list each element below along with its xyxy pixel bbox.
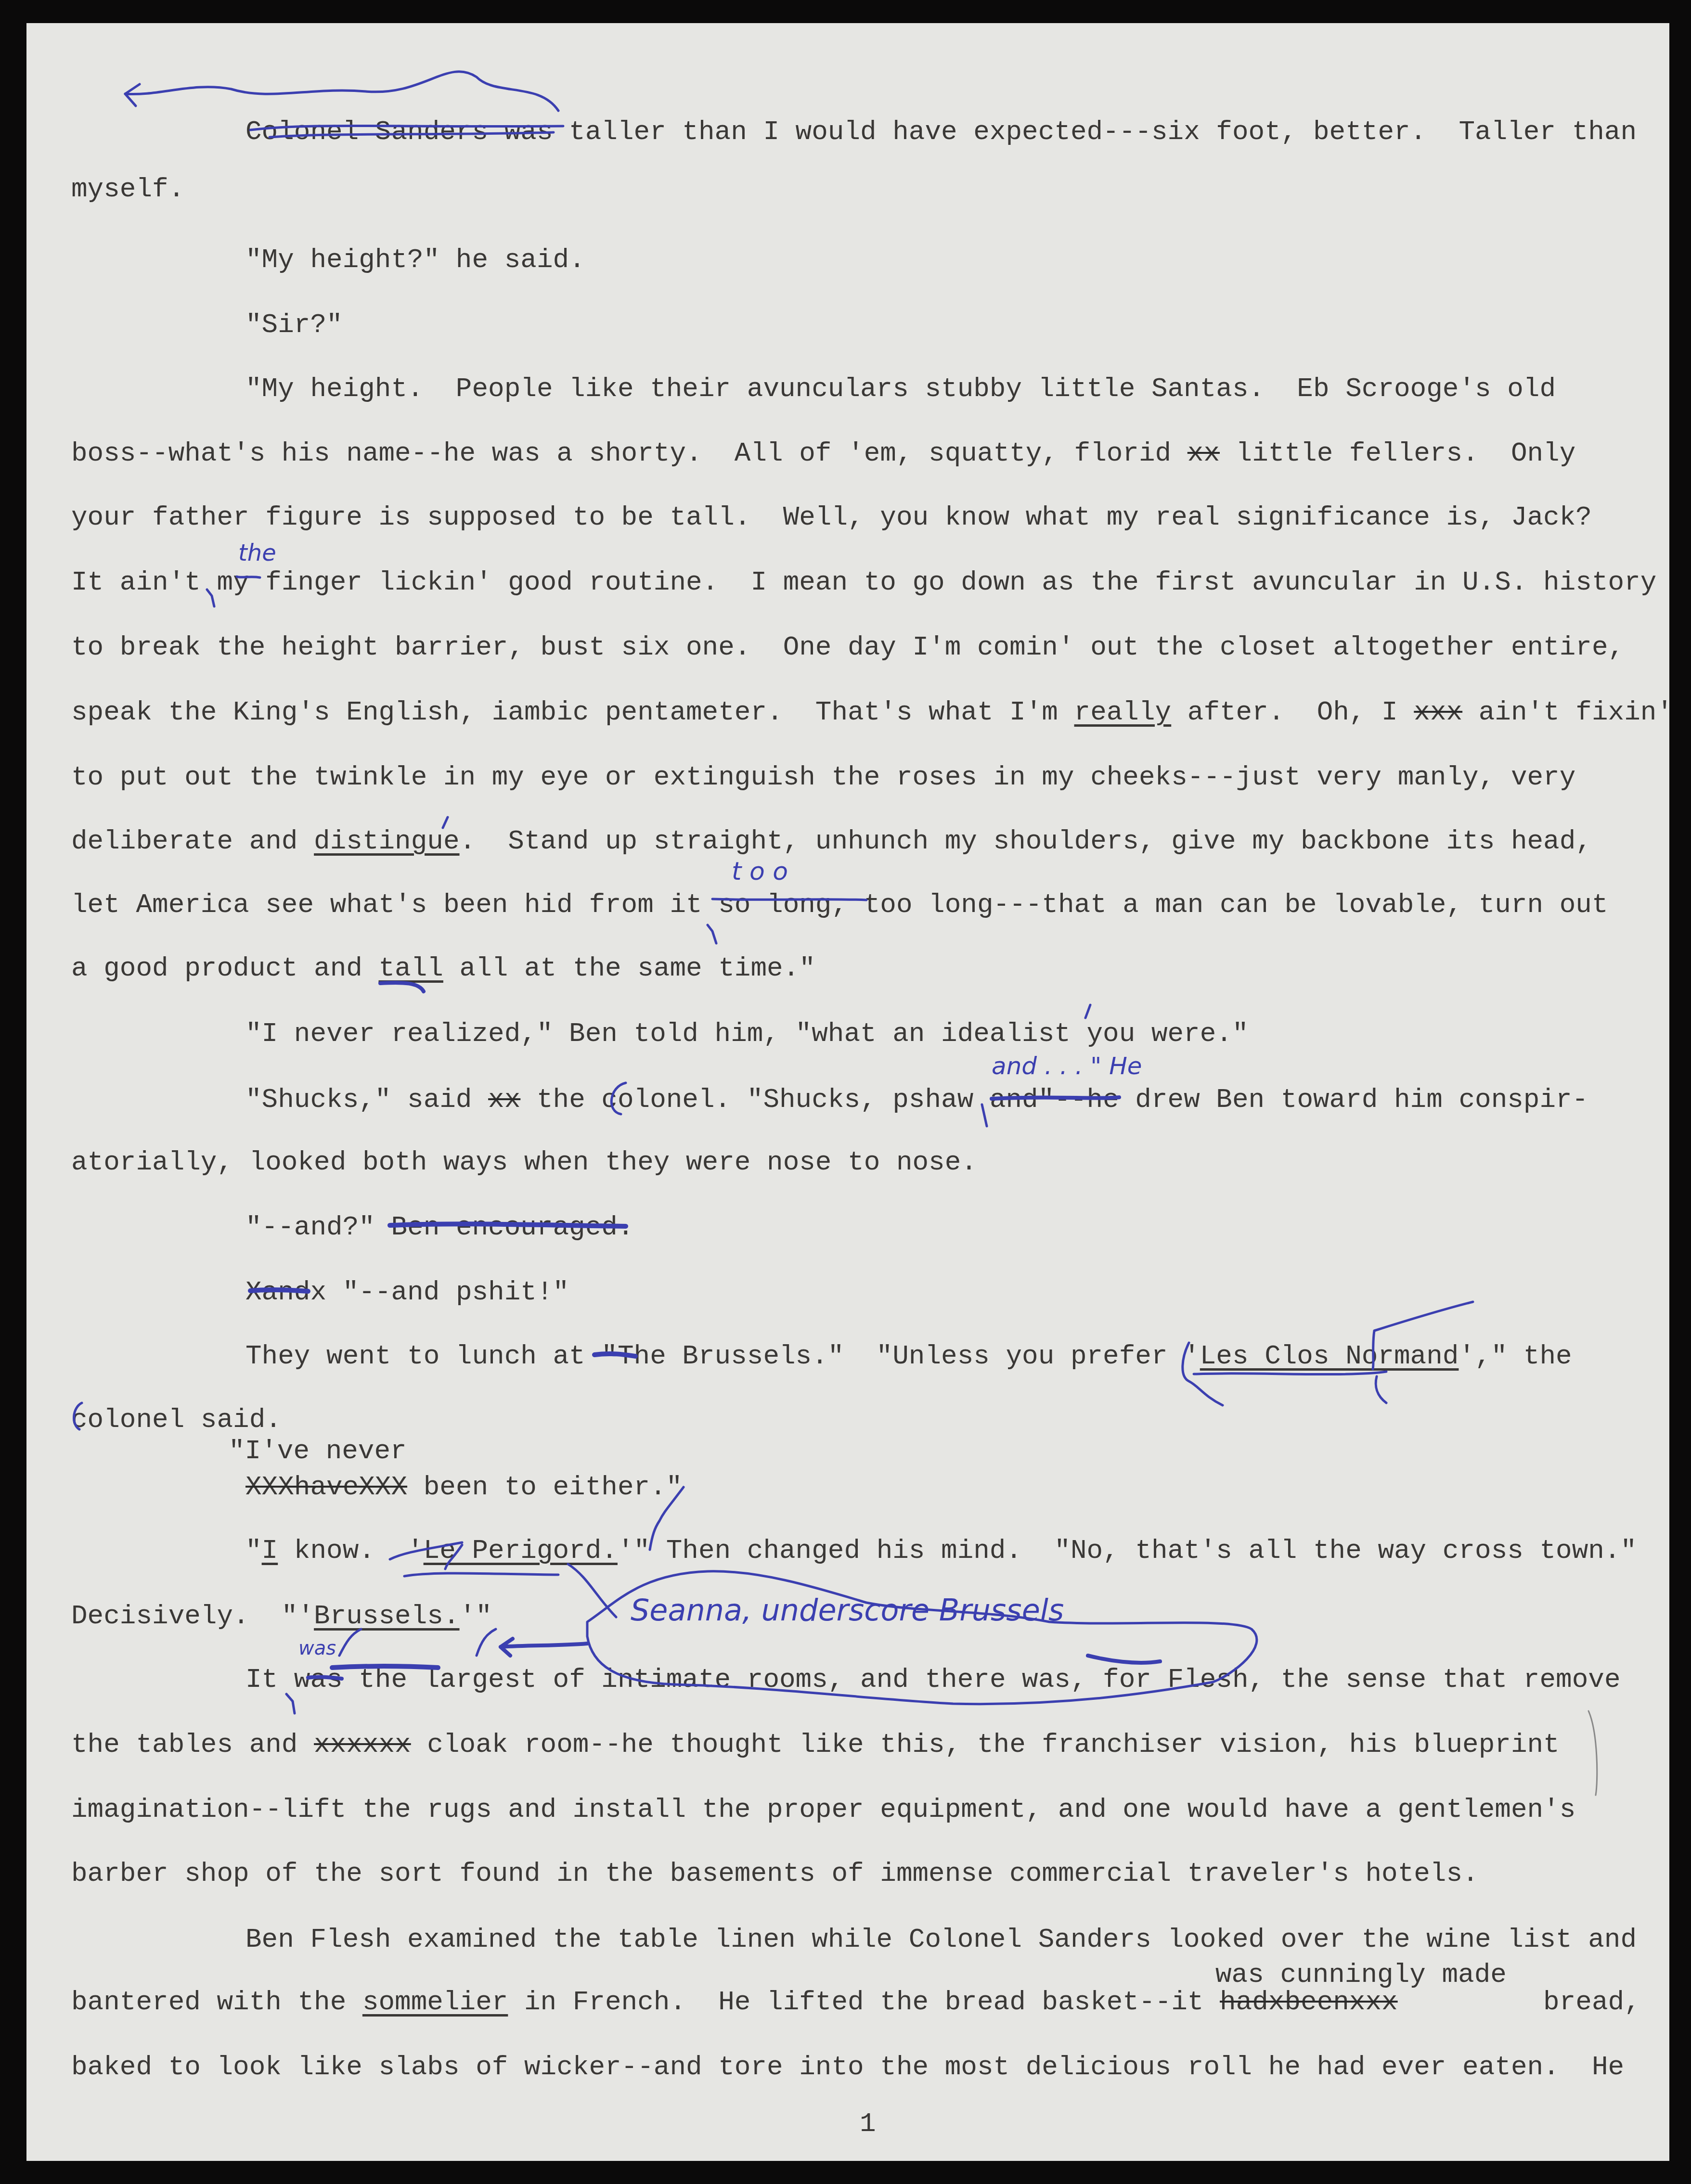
text-run: "--and pshit!" — [326, 1277, 569, 1308]
handwritten-and-he: and . . . " He — [992, 1054, 1142, 1078]
typed-strikeout: XXXhaveXXX — [245, 1472, 407, 1503]
typed-line: Decisively. "'Brussels.'" — [71, 1603, 492, 1630]
typed-line: boss--what's his name--he was a shorty. … — [71, 440, 1575, 467]
underlined-text: distingue — [314, 826, 459, 857]
text-run: let America see what's been hid from it — [71, 889, 718, 920]
text-run: the colonel. "Shucks, pshaw — [520, 1084, 990, 1115]
ink-struck-text: my — [217, 567, 249, 598]
text-run: "I've never — [229, 1436, 407, 1466]
text-run: They went to lunch at — [245, 1341, 601, 1372]
text-run: bread, — [1398, 1987, 1640, 2017]
ink-struck-text: Ben encouraged. — [391, 1212, 633, 1243]
typed-line: speak the King's English, iambic pentame… — [71, 699, 1673, 726]
page-number: 1 — [860, 2110, 876, 2137]
ink-struck-text: Xandx — [245, 1277, 326, 1308]
text-run: was cunningly made — [1215, 1959, 1507, 1990]
text-run: deliberate and — [71, 826, 314, 857]
ink-struck-text: and"--he — [990, 1084, 1119, 1115]
text-run: "My height?" he said. — [245, 244, 585, 275]
text-run: Brussels." "Unless you prefer ' — [666, 1341, 1200, 1372]
ink-struck-text: so long, too — [718, 889, 912, 920]
text-run: " — [245, 1535, 262, 1566]
typed-line: baked to look like slabs of wicker--and … — [71, 2054, 1624, 2081]
typed-line: to break the height barrier, bust six on… — [71, 634, 1624, 661]
typed-line: "My height?" he said. — [245, 246, 585, 273]
text-run: in French. He lifted the bread basket--i… — [508, 1987, 1220, 2017]
text-run: "My height. People like their avunculars… — [245, 373, 1556, 404]
text-run: '" Then changed his mind. "No, that's al… — [618, 1535, 1637, 1566]
underlined-text: Les Clos Normand — [1200, 1341, 1459, 1372]
text-run: finger lickin' good routine. I mean to g… — [249, 567, 1657, 598]
handwritten-was: was — [298, 1639, 336, 1658]
typed-line: your father figure is supposed to be tal… — [71, 504, 1592, 531]
underlined-text: sommelier — [362, 1987, 508, 2017]
typed-line: was cunningly made — [1215, 1961, 1507, 1988]
typed-line: deliberate and distingue. Stand up strai… — [71, 828, 1592, 855]
text-run: It ain't — [71, 567, 217, 598]
typed-strikeout: xxx — [1414, 697, 1462, 728]
typed-line: It ain't my finger lickin' good routine.… — [71, 569, 1656, 596]
typed-line: "I know. 'Le Perigord.'" Then changed hi… — [245, 1537, 1637, 1564]
text-run: barber shop of the sort found in the bas… — [71, 1858, 1479, 1889]
text-run: "--and?" — [245, 1212, 391, 1243]
handwritten-the: the — [238, 541, 276, 565]
text-run: long---that a man can be lovable, turn o… — [912, 889, 1608, 920]
typed-line: It was the largest of intimate rooms, an… — [245, 1666, 1621, 1693]
text-run: Decisively. "' — [71, 1601, 314, 1632]
underlined-text: really — [1074, 697, 1172, 728]
typed-line: "--and?" Ben encouraged. — [245, 1214, 634, 1241]
text-run: cloak room--he thought like this, the fr… — [411, 1729, 1560, 1760]
typed-line: colonel said. — [71, 1406, 282, 1433]
underlined-text: Le Perigord. — [424, 1535, 618, 1566]
typed-strikeout: xxxxxx — [314, 1729, 411, 1760]
typed-line: let America see what's been hid from it … — [71, 891, 1608, 918]
handwritten-note: Seanna, underscore Brussels — [631, 1595, 1064, 1625]
text-run: imagination--lift the rugs and install t… — [71, 1794, 1575, 1825]
typed-strikeout: xx — [1188, 438, 1220, 469]
ink-struck-text: was — [294, 1664, 343, 1695]
text-run: to break the height barrier, bust six on… — [71, 632, 1624, 663]
typed-line: imagination--lift the rugs and install t… — [71, 1796, 1575, 1823]
text-run: little fellers. Only — [1220, 438, 1575, 469]
text-run: been to either." — [407, 1472, 682, 1503]
text-run: know. ' — [278, 1535, 423, 1566]
typed-line: myself. — [71, 176, 184, 203]
text-run: '" — [460, 1601, 492, 1632]
text-run: speak the King's English, iambic pentame… — [71, 697, 1074, 728]
ink-struck-text: "The — [601, 1341, 666, 1372]
text-run: Ben Flesh examined the table linen while… — [245, 1924, 1637, 1955]
typed-line: Xandx "--and pshit!" — [245, 1279, 569, 1306]
text-run: your father figure is supposed to be tal… — [71, 502, 1592, 533]
text-run: "Shucks," said — [245, 1084, 488, 1115]
typed-line: atorially, looked both ways when they we… — [71, 1149, 977, 1176]
text-run: taller than I would have expected---six … — [553, 116, 1637, 147]
text-run: drew Ben toward him conspir- — [1119, 1084, 1588, 1115]
typed-line: barber shop of the sort found in the bas… — [71, 1860, 1479, 1887]
typed-line: "I never realized," Ben told him, "what … — [245, 1020, 1249, 1047]
text-run: the tables and — [71, 1729, 314, 1760]
ink-struck-text: Colonel Sanders was — [245, 116, 553, 147]
text-run: to put out the twinkle in my eye or exti… — [71, 762, 1575, 793]
underlined-text: tall — [379, 953, 443, 984]
typed-line: XXXhaveXXX been to either." — [245, 1474, 682, 1501]
typed-line: Colonel Sanders was taller than I would … — [245, 118, 1637, 145]
text-run: ain't fixin' — [1462, 697, 1673, 728]
text-run: "I never realized," Ben told him, "what … — [245, 1018, 1249, 1049]
typed-line: "Sir?" — [245, 311, 343, 338]
text-run: a good product and — [71, 953, 379, 984]
text-run: "Sir?" — [245, 309, 343, 340]
text-run: It — [245, 1664, 294, 1695]
text-run: '," the — [1459, 1341, 1572, 1372]
text-run: baked to look like slabs of wicker--and … — [71, 2052, 1624, 2082]
text-run: all at the same time." — [443, 953, 815, 984]
typed-line: to put out the twinkle in my eye or exti… — [71, 764, 1575, 791]
typed-line: Ben Flesh examined the table linen while… — [245, 1926, 1637, 1953]
text-run: the largest of intimate rooms, and there… — [343, 1664, 1621, 1695]
typed-line: a good product and tall all at the same … — [71, 955, 815, 982]
typed-strikeout: xx — [488, 1084, 520, 1115]
handwritten-too: t o o — [732, 859, 788, 884]
typed-line: "I've never — [229, 1438, 407, 1465]
text-run: atorially, looked both ways when they we… — [71, 1147, 977, 1178]
typed-line: the tables and xxxxxx cloak room--he tho… — [71, 1731, 1560, 1758]
text-run: bantered with the — [71, 1987, 362, 2017]
text-run: colonel said. — [71, 1404, 282, 1435]
text-run: boss--what's his name--he was a shorty. … — [71, 438, 1188, 469]
typed-line: "My height. People like their avunculars… — [245, 375, 1556, 402]
text-run: after. Oh, I — [1171, 697, 1414, 728]
typed-line: bantered with the sommelier in French. H… — [71, 1989, 1640, 2016]
text-run: myself. — [71, 174, 184, 205]
typed-line: "Shucks," said xx the colonel. "Shucks, … — [245, 1086, 1588, 1113]
underlined-text: I — [262, 1535, 278, 1566]
text-run: . Stand up straight, unhunch my shoulder… — [460, 826, 1592, 857]
typed-line: They went to lunch at "The Brussels." "U… — [245, 1343, 1572, 1370]
typed-strikeout: hadxbeenxxx — [1220, 1987, 1398, 2017]
underlined-text: Brussels. — [314, 1601, 459, 1632]
